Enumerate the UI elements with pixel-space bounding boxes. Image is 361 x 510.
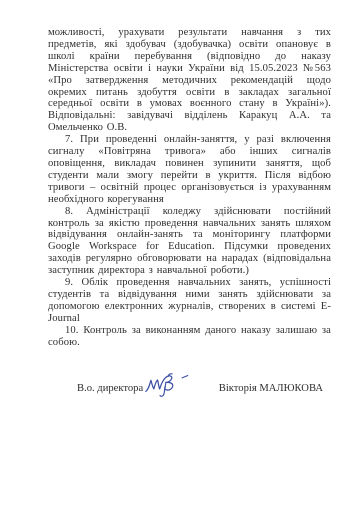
signer-name: Вікторія МАЛЮКОВА [219,383,323,394]
paragraph-10: 10. Контроль за виконанням даного наказу… [48,325,331,349]
paragraph-continuation: можливості, урахувати результати навчанн… [48,27,331,134]
paragraph-9: 9. Облік проведення навчальних занять, у… [48,277,331,325]
handwritten-signature-icon [142,369,201,402]
paragraph-8: 8. Адміністрації коледжу здійснювати пос… [48,206,331,277]
document-body: можливості, урахувати результати навчанн… [48,27,331,348]
paragraph-7: 7. При проведенні онлайн-заняття, у разі… [48,134,331,205]
signature-block: В.о. директора Вікторія МАЛЮКОВА [48,370,331,406]
document-page: можливості, урахувати результати навчанн… [0,0,361,510]
signer-role: В.о. директора [77,383,143,394]
